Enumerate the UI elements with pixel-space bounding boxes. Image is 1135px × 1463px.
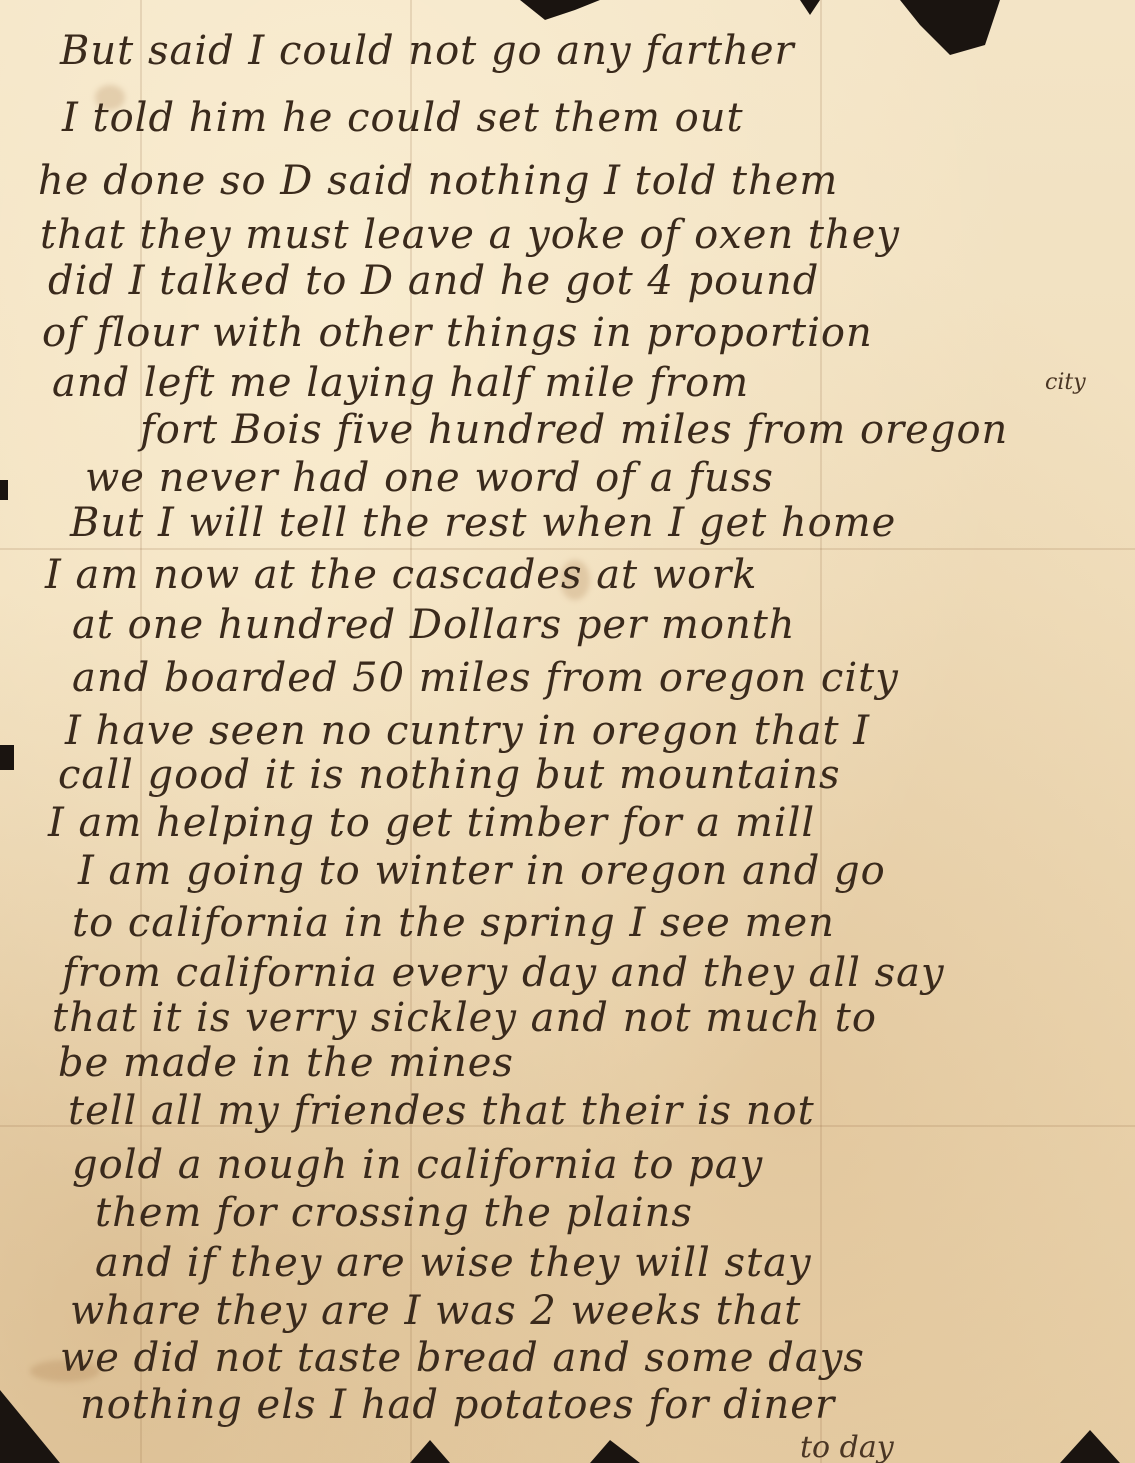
letter-line: we never had one word of a fuss [85,455,774,501]
letter-line: we did not taste bread and some days [60,1335,865,1381]
letter-line: that they must leave a yoke of oxen they [40,212,900,258]
letter-line: tell all my friendes that their is not [68,1088,815,1134]
inserted-word: city [1045,370,1086,395]
letter-line: that it is verry sickley and not much to [52,995,877,1041]
letter-line: I am now at the cascades at work [45,552,758,598]
letter-line: of flour with other things in proportion [42,310,873,356]
letter-line: I am helping to get timber for a mill [48,800,815,846]
letter-line: at one hundred Dollars per month [72,602,796,648]
letter-line: fort Bois five hundred miles from oregon [140,407,1008,453]
letter-line: I have seen no cuntry in oregon that I [65,708,870,754]
letter-line: gold a nough in california to pay [72,1142,763,1188]
handwritten-letter: But said I could not go any farther I to… [0,0,1135,1463]
letter-line: he done so D said nothing I told them [38,158,838,204]
letter-line: But I will tell the rest when I get home [70,500,896,546]
letter-line: to california in the spring I see men [72,900,835,946]
letter-line: did I talked to D and he got 4 pound [48,258,819,304]
letter-line: call good it is nothing but mountains [58,752,841,798]
letter-line: nothing els I had potatoes for diner [80,1382,835,1428]
letter-line: whare they are I was 2 weeks that [70,1288,801,1334]
letter-line: and boarded 50 miles from oregon city [72,655,899,701]
letter-line: and if they are wise they will stay [95,1240,812,1286]
letter-line: be made in the mines [58,1040,514,1086]
letter-line: them for crossing the plains [95,1190,693,1236]
letter-line: and left me laying half mile from [52,360,749,406]
letter-line: I am going to winter in oregon and go [78,848,886,894]
letter-line: from california every day and they all s… [62,950,945,996]
letter-line: But said I could not go any farther [60,28,795,74]
closing-note: to day [800,1430,894,1463]
letter-line: I told him he could set them out [62,95,744,141]
